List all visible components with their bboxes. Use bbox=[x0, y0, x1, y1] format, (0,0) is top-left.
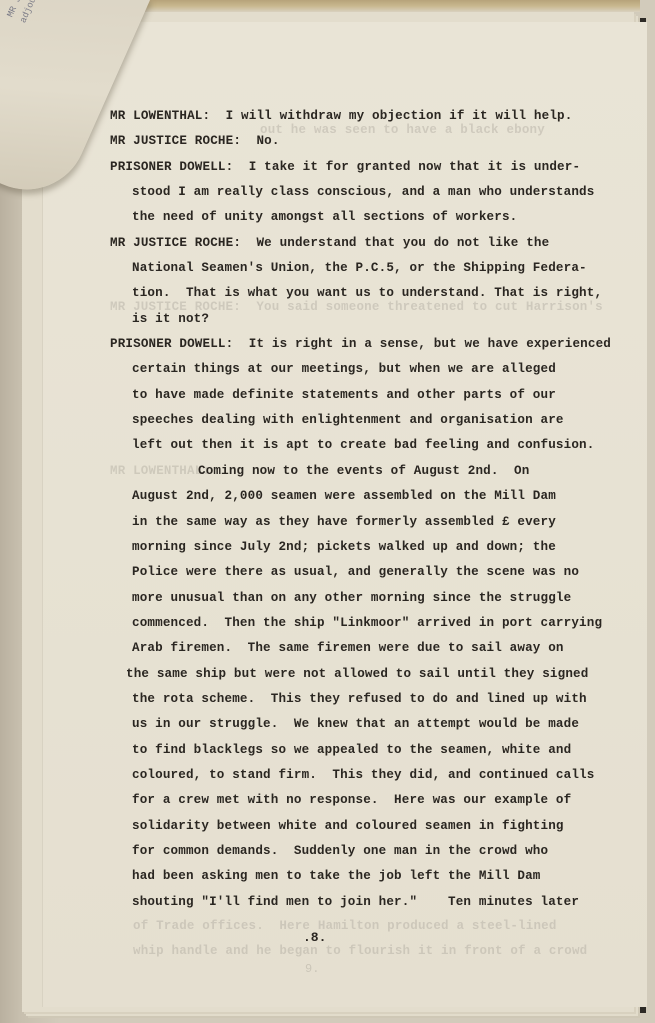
curled-text-line: adjourn bbox=[18, 0, 43, 25]
transcript-line: tion. That is what you want us to unders… bbox=[110, 281, 610, 306]
transcript-line: solidarity between white and coloured se… bbox=[110, 814, 610, 839]
transcript-line: the same ship but were not allowed to sa… bbox=[110, 662, 610, 687]
transcript-line: PRISONER DOWELL: I take it for granted n… bbox=[110, 155, 610, 180]
transcript-line: had been asking men to take the job left… bbox=[110, 864, 610, 889]
transcript-line: commenced. Then the ship "Linkmoor" arri… bbox=[110, 611, 610, 636]
transcript-line: morning since July 2nd; pickets walked u… bbox=[110, 535, 610, 560]
transcript-line: the need of unity amongst all sections o… bbox=[110, 205, 610, 230]
transcript-line: to find blacklegs so we appealed to the … bbox=[110, 738, 610, 763]
bleed-through-text: of Trade offices. Here Hamilton produced… bbox=[133, 919, 557, 933]
transcript-line: shouting "I'll find men to join her." Te… bbox=[110, 890, 610, 915]
transcript-line: is it not? bbox=[110, 307, 610, 332]
transcript-line: to have made definite statements and oth… bbox=[110, 383, 610, 408]
transcript-line: stood I am really class conscious, and a… bbox=[110, 180, 610, 205]
transcript-line: PRISONER DOWELL: It is right in a sense,… bbox=[110, 332, 610, 357]
bleed-through-page-number: 9. bbox=[305, 962, 319, 976]
bleed-through-text: whip handle and he began to flourish it … bbox=[133, 944, 587, 958]
page-number: .8. bbox=[303, 930, 326, 945]
transcript-line: coloured, to stand firm. This they did, … bbox=[110, 763, 610, 788]
transcript-line: the rota scheme. This they refused to do… bbox=[110, 687, 610, 712]
transcript-line: left out then it is apt to create bad fe… bbox=[110, 433, 610, 458]
transcript-line: for common demands. Suddenly one man in … bbox=[110, 839, 610, 864]
transcript-line: us in our struggle. We knew that an atte… bbox=[110, 712, 610, 737]
binding-top-edge bbox=[100, 0, 640, 12]
transcript-body: MR LOWENTHAL: I will withdraw my objecti… bbox=[110, 104, 610, 915]
transcript-line: Police were there as usual, and generall… bbox=[110, 560, 610, 585]
transcript-line: certain things at our meetings, but when… bbox=[110, 357, 610, 382]
transcript-line: more unusual than on any other morning s… bbox=[110, 586, 610, 611]
transcript-line: in the same way as they have formerly as… bbox=[110, 510, 610, 535]
transcript-line: for a crew met with no response. Here wa… bbox=[110, 788, 610, 813]
curled-page-text: MR JUSTICE adjourn bbox=[4, 0, 52, 25]
transcript-line: National Seamen's Union, the P.C.5, or t… bbox=[110, 256, 610, 281]
transcript-line: MR JUSTICE ROCHE: We understand that you… bbox=[110, 231, 610, 256]
transcript-line: MR LOWENTHAL: I will withdraw my objecti… bbox=[110, 104, 610, 129]
transcript-line: Coming now to the events of August 2nd. … bbox=[110, 459, 610, 484]
transcript-line: speeches dealing with enlightenment and … bbox=[110, 408, 610, 433]
transcript-line: Arab firemen. The same firemen were due … bbox=[110, 636, 610, 661]
transcript-line: August 2nd, 2,000 seamen were assembled … bbox=[110, 484, 610, 509]
transcript-line: MR JUSTICE ROCHE: No. bbox=[110, 129, 610, 154]
